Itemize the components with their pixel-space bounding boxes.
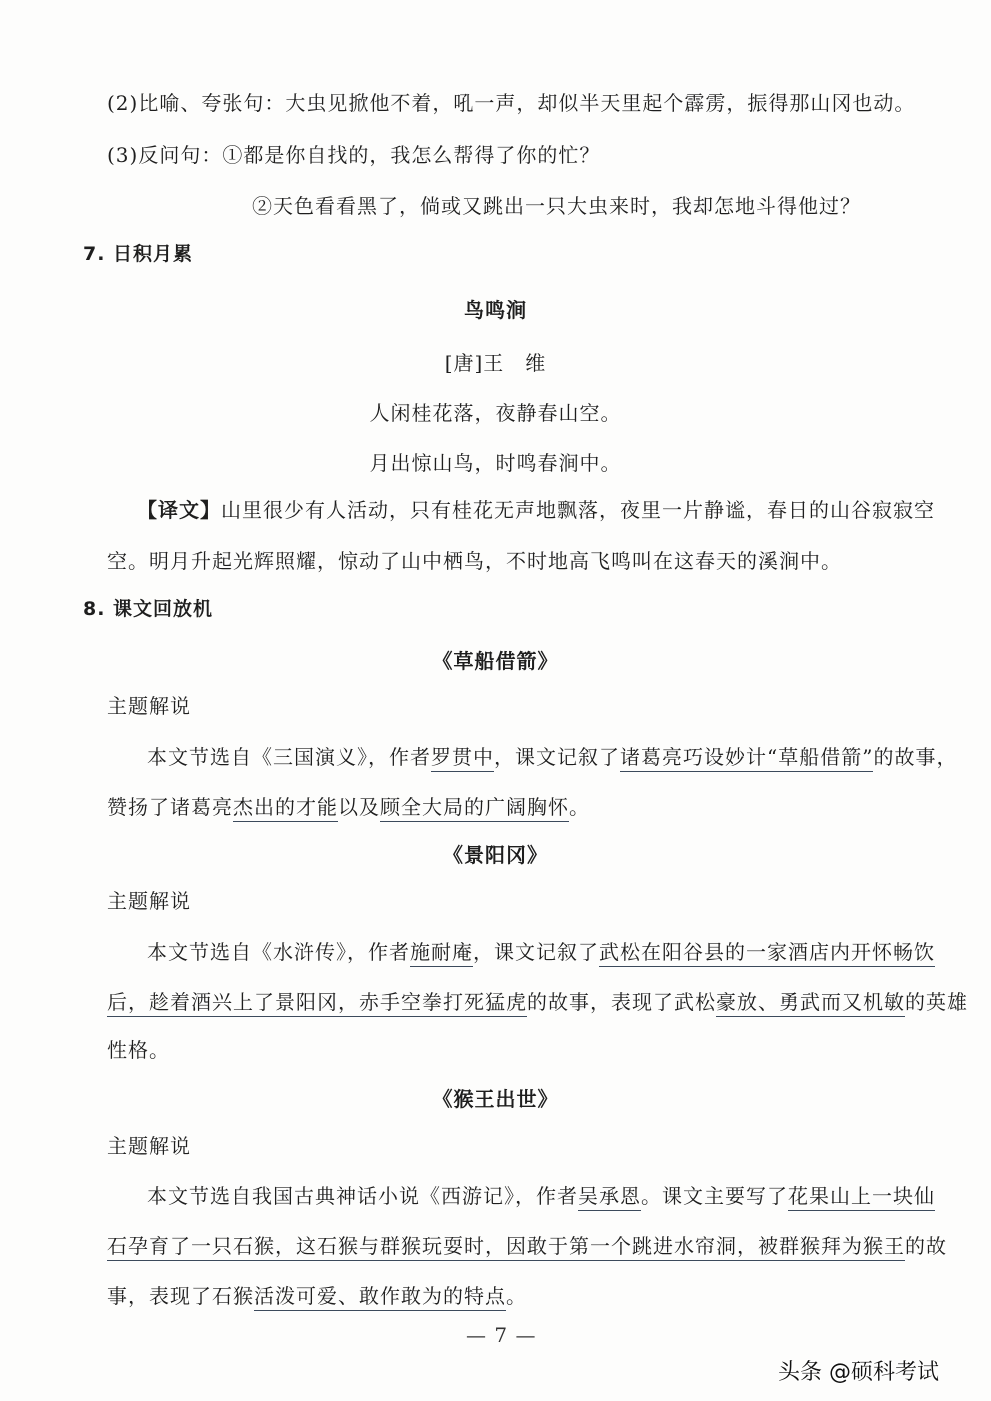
lesson-2-para-line-1: 本文节选自《水浒传》，作者施耐庵，课文记叙了武松在阳谷县的一家酒店内开怀畅饮	[147, 940, 935, 964]
text-span: 的英雄	[905, 990, 968, 1014]
lesson-title-caochuan: 《草船借箭》	[0, 649, 991, 673]
section-7-heading: 7. 日积月累	[83, 242, 193, 266]
underlined-key-phrase: 后，趁着酒兴上了景阳冈，赤手空拳打死猛虎	[107, 990, 527, 1017]
page-number: — 7 —	[466, 1323, 536, 1347]
underlined-key-phrase: 花果山上一块仙	[788, 1184, 935, 1211]
translation-text-1: 山里很少有人活动，只有桂花无声地飘落，夜里一片静谧，春日的山谷寂寂空	[221, 498, 935, 522]
lesson-subhead: 主题解说	[107, 889, 191, 913]
poem-verse-2: 月出惊山鸟，时鸣春涧中。	[0, 451, 991, 475]
text-span: ，课文记叙了	[494, 745, 620, 769]
lesson-subhead: 主题解说	[107, 694, 191, 718]
text-span: 。	[506, 1284, 527, 1308]
section-8-heading: 8. 课文回放机	[83, 597, 213, 621]
underlined-key-phrase: 武松在阳谷县的一家酒店内开怀畅饮	[599, 940, 935, 967]
text-span: 的故事，表现了武松	[527, 990, 716, 1014]
translation-label: 【译文】	[137, 498, 221, 522]
underlined-key-phrase: 施耐庵	[410, 940, 473, 967]
underlined-key-phrase: 顾全大局的广阔胸怀	[380, 795, 569, 822]
translation-line-2: 空。明月升起光辉照耀，惊动了山中栖鸟，不时地高飞鸣叫在这春天的溪涧中。	[107, 549, 842, 573]
text-span: 本文节选自《水浒传》，作者	[147, 940, 410, 964]
underlined-key-phrase: 石孕育了一只石猴，这石猴与群猴玩耍时，因敢于第一个跳进水帘洞，被群猴拜为猴王	[107, 1234, 905, 1261]
lesson-2-para-line-2: 后，趁着酒兴上了景阳冈，赤手空拳打死猛虎的故事，表现了武松豪放、勇武而又机敏的英…	[107, 990, 968, 1014]
lesson-2-para-line-3: 性格。	[107, 1038, 170, 1062]
underlined-key-phrase: 杰出的才能	[233, 795, 338, 822]
lesson-1-para-line-2: 赞扬了诸葛亮杰出的才能以及顾全大局的广阔胸怀。	[107, 795, 590, 819]
text-span: ，课文记叙了	[473, 940, 599, 964]
lesson-1-para-line-1: 本文节选自《三国演义》，作者罗贯中，课文记叙了诸葛亮巧设妙计“草船借箭”的故事，	[147, 745, 957, 769]
text-span: 事，表现了石猴	[107, 1284, 254, 1308]
text-span: 的故	[905, 1234, 947, 1258]
underlined-key-phrase: 罗贯中	[431, 745, 494, 772]
text-span: 的故事，	[873, 745, 957, 769]
lesson-title-houwang: 《猴王出世》	[0, 1087, 991, 1111]
rhetoric-item-3b: ②天色看看黑了，倘或又跳出一只大虫来时，我却怎地斗得他过？	[252, 194, 861, 218]
text-span: 以及	[338, 795, 380, 819]
lesson-subhead: 主题解说	[107, 1134, 191, 1158]
rhetoric-item-3a: (3)反问句：①都是你自找的，我怎么帮得了你的忙？	[107, 143, 600, 167]
lesson-3-para-line-3: 事，表现了石猴活泼可爱、敢作敢为的特点。	[107, 1284, 527, 1308]
text-span: 。	[569, 795, 590, 819]
text-span: 。课文主要写了	[641, 1184, 788, 1208]
lesson-3-para-line-2: 石孕育了一只石猴，这石猴与群猴玩耍时，因敢于第一个跳进水帘洞，被群猴拜为猴王的故	[107, 1234, 947, 1258]
poem-title: 鸟鸣涧	[0, 298, 991, 322]
lesson-title-jingyanggang: 《景阳冈》	[0, 843, 991, 867]
poem-author: [唐]王 维	[0, 351, 991, 375]
text-span: 本文节选自我国古典神话小说《西游记》，作者	[147, 1184, 578, 1208]
underlined-key-phrase: 豪放、勇武而又机敏	[716, 990, 905, 1017]
source-watermark: 头条 @硕科考试	[778, 1355, 939, 1386]
translation-line-1: 【译文】山里很少有人活动，只有桂花无声地飘落，夜里一片静谧，春日的山谷寂寂空	[137, 498, 935, 522]
text-span: 赞扬了诸葛亮	[107, 795, 233, 819]
lesson-3-para-line-1: 本文节选自我国古典神话小说《西游记》，作者吴承恩。课文主要写了花果山上一块仙	[147, 1184, 935, 1208]
underlined-key-phrase: 诸葛亮巧设妙计“草船借箭”	[620, 745, 873, 772]
text-span: 本文节选自《三国演义》，作者	[147, 745, 431, 769]
rhetoric-item-2: (2)比喻、夸张句：大虫见掀他不着，吼一声，却似半天里起个霹雳，振得那山冈也动。	[107, 91, 915, 115]
underlined-key-phrase: 吴承恩	[578, 1184, 641, 1211]
underlined-key-phrase: 活泼可爱、敢作敢为的特点	[254, 1284, 506, 1311]
poem-verse-1: 人闲桂花落，夜静春山空。	[0, 401, 991, 425]
